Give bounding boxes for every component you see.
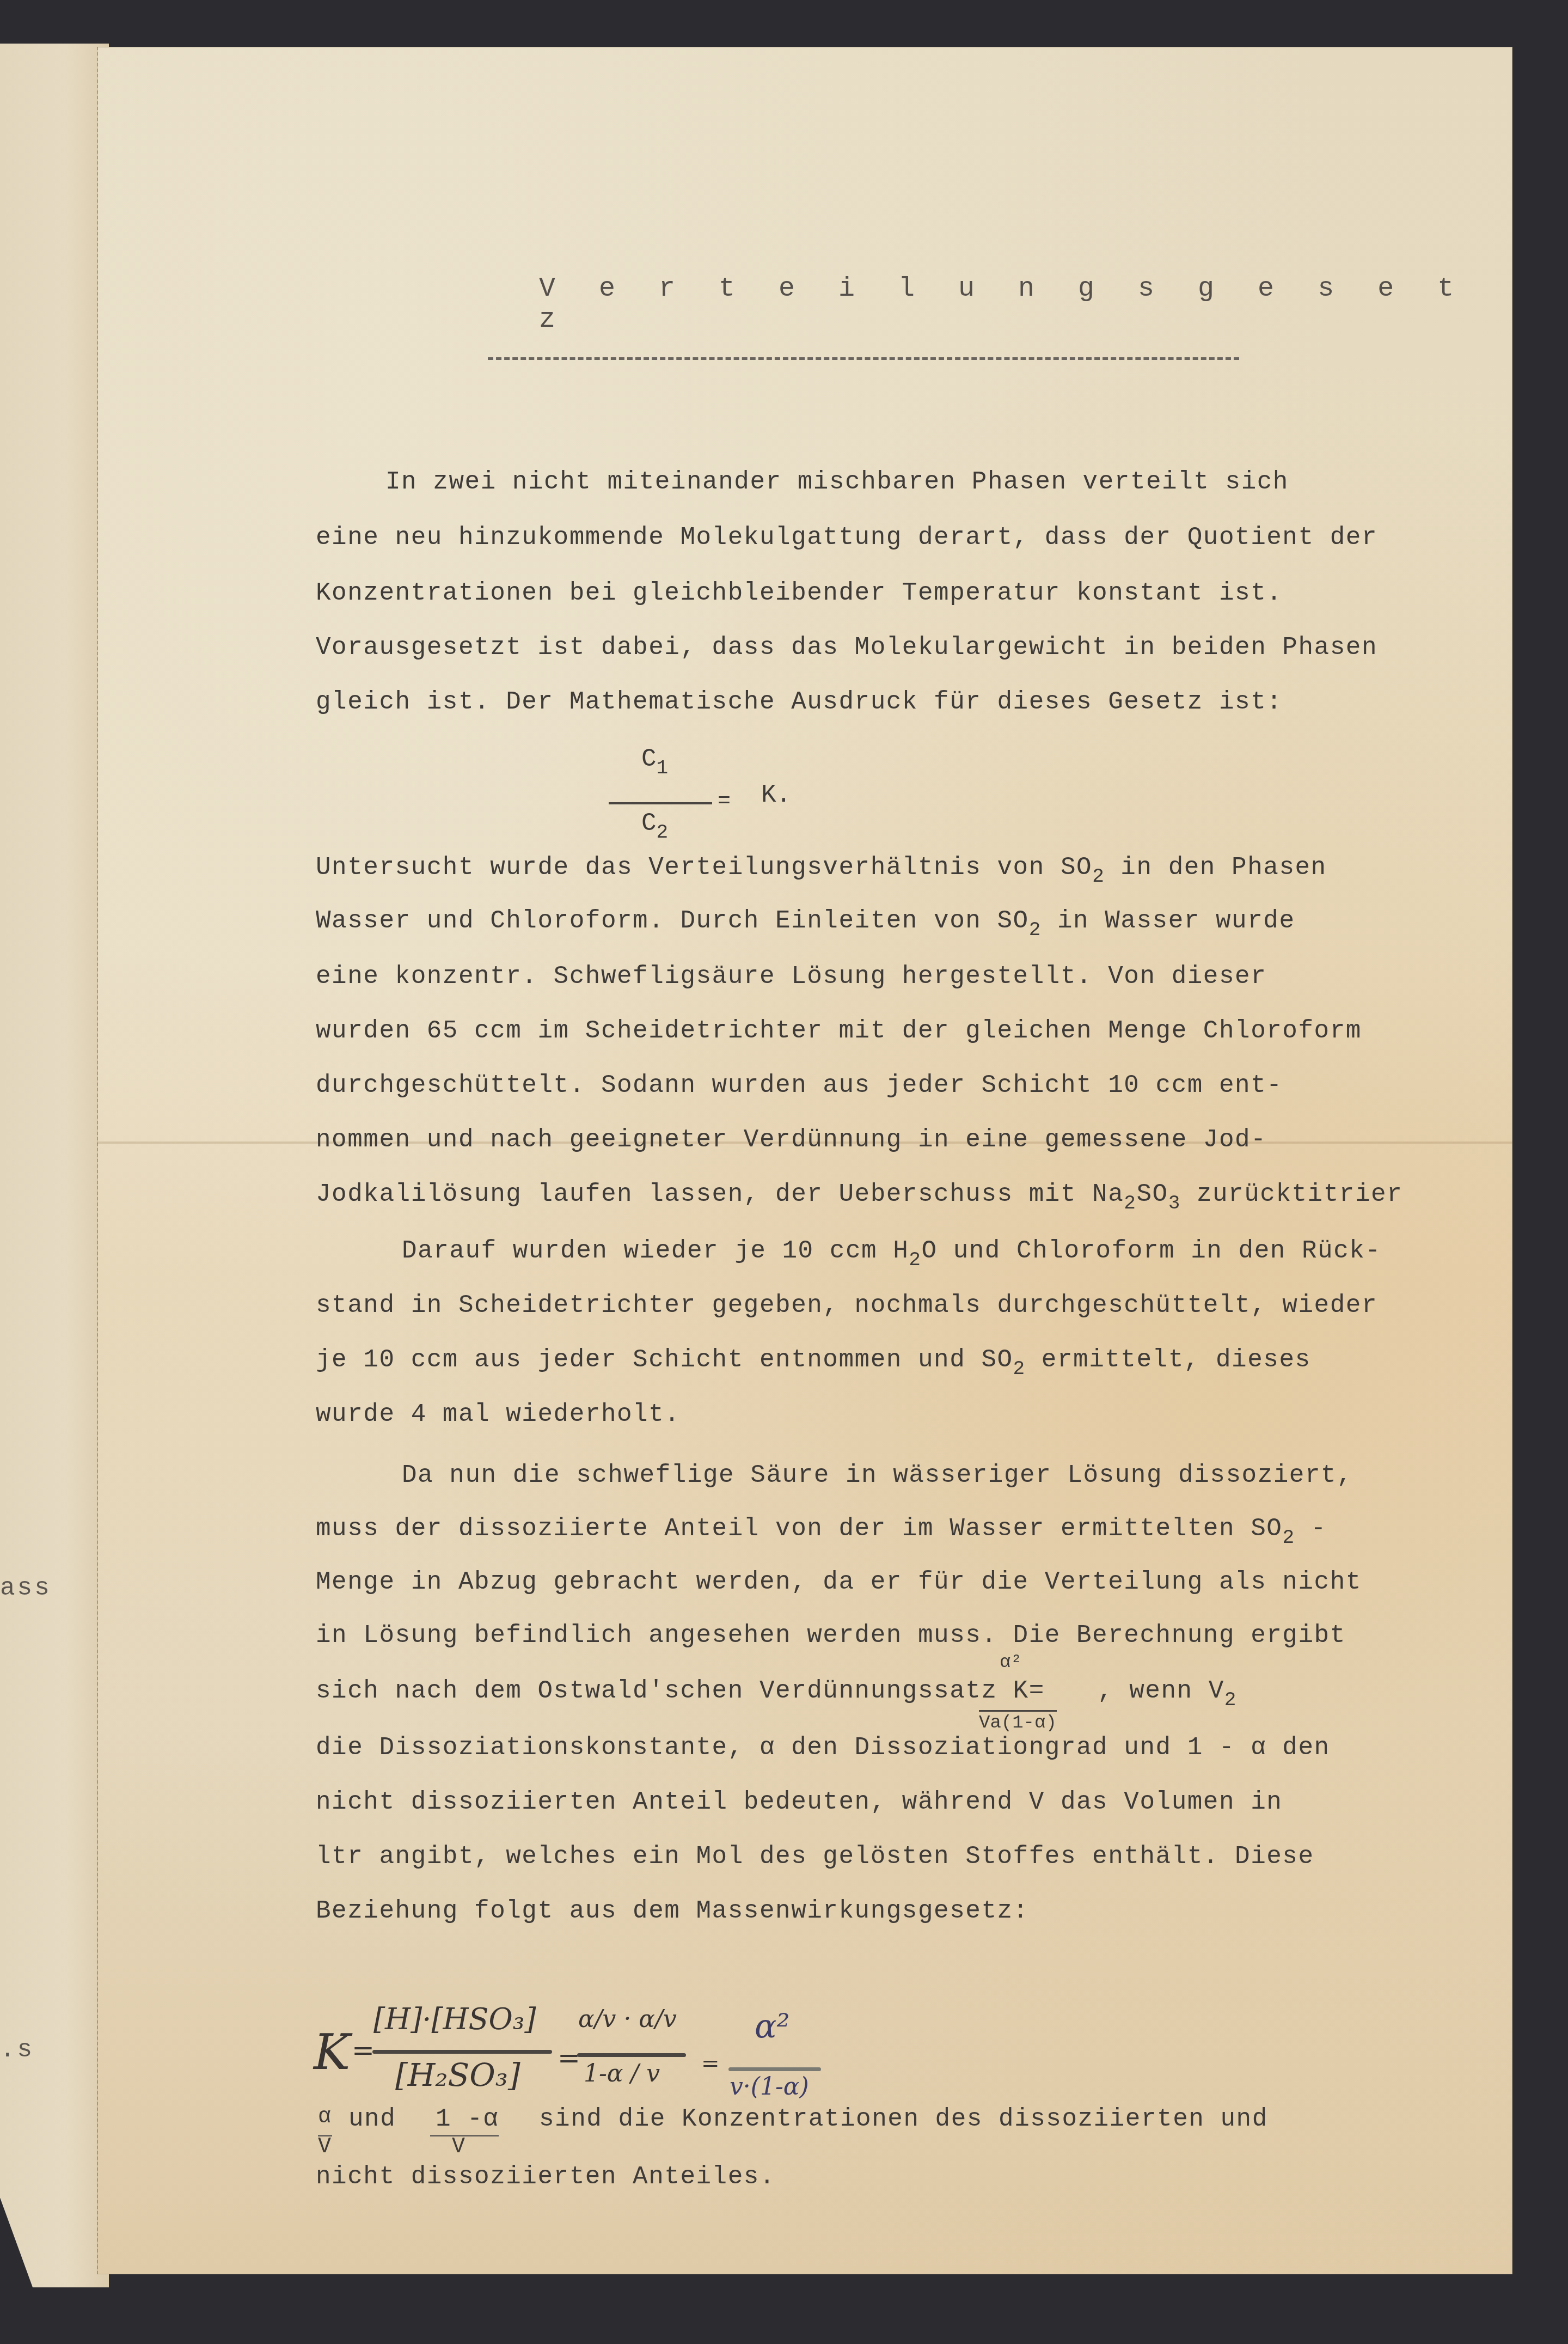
text-line: sind die Konzentrationen des dissoziiert… — [539, 2107, 1268, 2132]
hand-frac1-den: [H₂SO₃] — [395, 2056, 520, 2093]
formula-result: K. — [761, 781, 791, 809]
edge-fragment: ass — [0, 1574, 52, 1602]
formula-numerator: C — [641, 745, 657, 773]
text-line: eine neu hinzukommende Molekulgattung de… — [316, 525, 1377, 550]
text-line: Wasser und Chloroform. Durch Einleiten v… — [316, 908, 1295, 940]
formula-denominator: C — [641, 809, 657, 838]
text-line: Darauf wurden wieder je 10 ccm H2O und C… — [402, 1238, 1381, 1270]
text-line: eine konzentr. Schwefligsäure Lösung her… — [316, 964, 1266, 989]
text-line: ltr angibt, welches ein Mol des gelösten… — [316, 1844, 1314, 1869]
text-line: durchgeschüttelt. Sodann wurden aus jede… — [316, 1073, 1282, 1098]
text-line: stand in Scheidetrichter gegeben, nochma… — [316, 1293, 1377, 1318]
text-line: je 10 ccm aus jeder Schicht entnommen un… — [316, 1347, 1311, 1379]
text-line: gleich ist. Der Mathematische Ausdruck f… — [316, 689, 1282, 715]
text-line: Da nun die schweflige Säure in wässerige… — [402, 1463, 1352, 1488]
edge-fragment: .s — [0, 2036, 34, 2064]
frac-b-den: V — [430, 2135, 499, 2158]
hand-frac2-num: α/v · α/v — [578, 2005, 677, 2033]
hand-frac3-den: v·(1-α) — [730, 2073, 809, 2101]
frac-b-num: 1 -α — [436, 2107, 499, 2132]
frac-a-num: α — [318, 2107, 332, 2128]
text-line: In zwei nicht miteinander mischbaren Pha… — [385, 469, 1289, 495]
text-line: , wenn V2 — [1098, 1678, 1237, 1710]
text-line: Vorausgesetzt ist dabei, dass das Moleku… — [316, 635, 1377, 660]
text-line: in Lösung befindlich angesehen werden mu… — [316, 1623, 1346, 1648]
handwritten-mass-action-formula: K = [H]·[HSO₃] [H₂SO₃] = α/v · α/v 1-α /… — [314, 2002, 1021, 2111]
text-line: nommen und nach geeigneter Verdünnung in… — [316, 1127, 1266, 1152]
text-line: sich nach dem Ostwald'schen Verdünnungss… — [316, 1678, 1045, 1704]
title-underline — [488, 357, 1239, 360]
text-line: Jodkalilösung laufen lassen, der Uebersc… — [316, 1182, 1402, 1213]
underlying-page: ass .s — [0, 44, 109, 2287]
text-line: Konzentrationen bei gleichbleibender Tem… — [316, 581, 1282, 606]
hand-frac1-num: [H]·[HSO₃] — [373, 2002, 536, 2036]
document-body: V e r t e i l u n g s g e s e t z In zwe… — [97, 47, 1512, 2274]
text-line: Beziehung folgt aus dem Massenwirkungsge… — [316, 1899, 1029, 1924]
text-line: nicht dissoziierten Anteiles. — [316, 2164, 775, 2189]
page-title: V e r t e i l u n g s g e s e t z — [539, 273, 1512, 335]
hand-frac3-num: α² — [755, 2007, 790, 2046]
und-word: und — [348, 2107, 396, 2132]
text-line: Untersucht wurde das Verteilungsverhältn… — [316, 855, 1327, 887]
text-line: Menge in Abzug gebracht werden, da er fü… — [316, 1570, 1362, 1595]
hand-frac2-den: 1-α / v — [584, 2060, 660, 2087]
text-line: wurden 65 ccm im Scheidetrichter mit der… — [316, 1018, 1362, 1043]
frac-a-den: V — [318, 2135, 332, 2158]
text-line: wurde 4 mal wiederholt. — [316, 1402, 680, 1427]
text-line: muss der dissoziierte Anteil von der im … — [316, 1516, 1327, 1548]
text-line: nicht dissoziierten Anteil bedeuten, wäh… — [316, 1790, 1282, 1815]
document-page: V e r t e i l u n g s g e s e t z In zwe… — [97, 47, 1512, 2274]
ostwald-denominator: Va(1-α) — [979, 1710, 1057, 1733]
hand-lhs: K — [314, 2024, 350, 2081]
distribution-formula: C1 C2 = K. — [609, 745, 826, 854]
fraction-bar — [609, 802, 712, 804]
text-line: die Dissoziationskonstante, α den Dissoz… — [316, 1735, 1330, 1760]
ostwald-numerator: α² — [1000, 1652, 1022, 1673]
equals-sign: = — [718, 790, 731, 814]
